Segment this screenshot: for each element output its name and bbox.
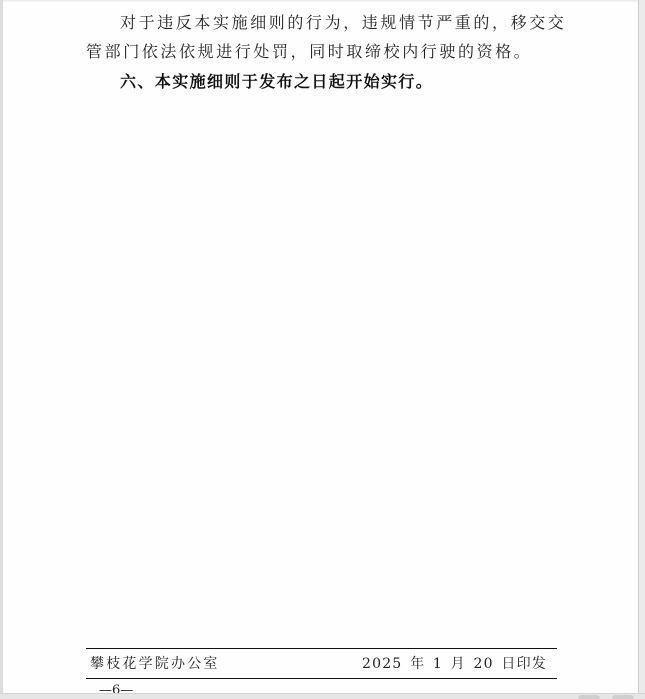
- horizontal-scrollbar-track[interactable]: [0, 693, 645, 699]
- issuer-label: 攀枝花学院办公室: [90, 653, 220, 673]
- footer-bottom-rule: [86, 678, 557, 679]
- scroll-handle[interactable]: [578, 695, 600, 699]
- paragraph-line: 对于违反本实施细则的行为，违规情节严重的，移交交: [120, 10, 566, 33]
- paragraph-line: 管部门依法依规进行处罚，同时取缔校内行驶的资格。: [86, 39, 532, 62]
- scroll-handle[interactable]: [612, 695, 634, 699]
- pdf-viewer: 对于违反本实施细则的行为，违规情节严重的，移交交 管部门依法依规进行处罚，同时取…: [0, 0, 645, 699]
- article-heading: 六、本实施细则于发布之日起开始实行。: [120, 69, 433, 92]
- issue-date: 2025 年 1 月 20 日印发: [362, 653, 547, 673]
- footer-top-rule: [86, 648, 557, 649]
- vertical-scrollbar-track[interactable]: [638, 0, 645, 694]
- document-page: 对于违反本实施细则的行为，违规情节严重的，移交交 管部门依法依规进行处罚，同时取…: [3, 0, 638, 694]
